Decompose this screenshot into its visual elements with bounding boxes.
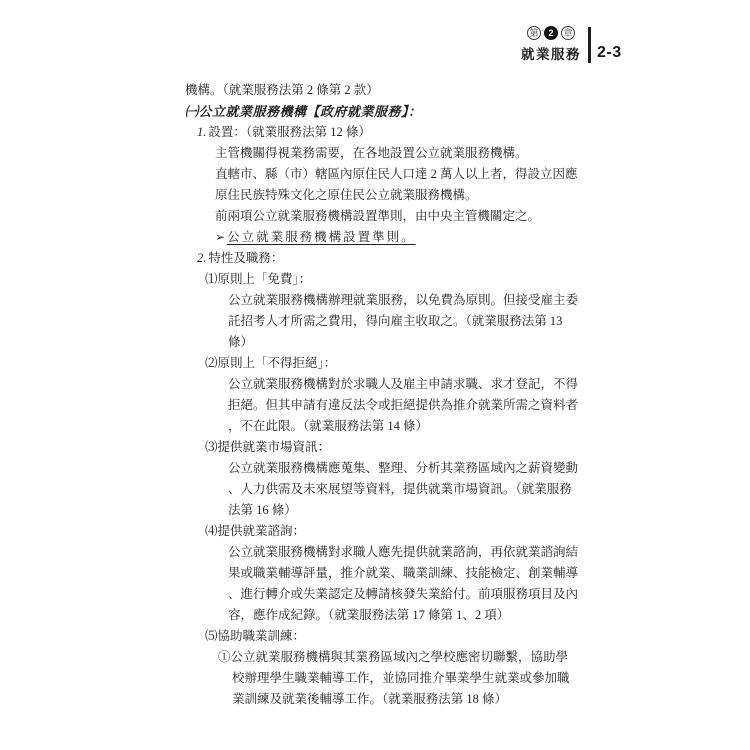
line-text: 原則上「免費」： (218, 272, 312, 286)
line-text: 公立就業服務機構【政府就業服務】： (199, 104, 422, 119)
chapter-suffix-circle: 章 (561, 26, 575, 40)
line-marker: ⑸ (205, 629, 218, 643)
text-line: ➢公立就業服務機構設置準則。 (215, 227, 595, 248)
line-text: 提供就業市場資訊： (218, 440, 331, 454)
line-text: 公立就業服務機構對求職人應先提供就業諮詢，再依就業諮詢結 (228, 545, 578, 559)
line-text: 前兩項公立就業服務機構設置準則，由中央主管機關定之。 (215, 209, 540, 223)
chapter-title: 就業服務 (521, 43, 581, 63)
line-marker: ① (218, 650, 231, 664)
line-text: 公立就業服務機構與其業務區域內之學校應密切聯繫，協助學 (231, 650, 569, 664)
line-text: 特性及職務： (208, 251, 283, 265)
line-text: 果或職業輔導評量，推介就業、職業訓練、技能檢定、創業輔導 (228, 566, 578, 580)
text-line: 公立就業服務機構對求職人應先提供就業諮詢，再依就業諮詢結 (228, 542, 595, 563)
text-line: 前兩項公立就業服務機構設置準則，由中央主管機關定之。 (215, 206, 595, 227)
text-line: ⑵原則上「不得拒絕」： (205, 353, 595, 374)
line-text: 託招考人才所需之費用，得向雇主收取之。（就業服務法第 13 (228, 314, 562, 328)
line-text: 主管機關得視業務需要，在各地設置公立就業服務機構。 (215, 146, 528, 160)
text-line: ⑶提供就業市場資訊： (205, 437, 595, 458)
text-line: 主管機關得視業務需要，在各地設置公立就業服務機構。 (215, 143, 595, 164)
line-text: 公立就業服務機構應蒐集、整理、分析其業務區域內之薪資變動 (228, 461, 578, 475)
line-marker: ⑶ (205, 440, 218, 454)
line-text: ，不在此限。（就業服務法第 14 條） (228, 419, 428, 433)
line-marker: 1. (197, 125, 206, 139)
line-text: 、進行轉介或失業認定及轉請核發失業給付。前項服務項目及內 (228, 587, 578, 601)
chapter-badge: 第 2 章 (527, 26, 575, 40)
text-line: 1.設置：（就業服務法第 12 條） (197, 122, 595, 143)
line-marker: 2. (197, 251, 206, 265)
text-line: ㈠公立就業服務機構【政府就業服務】： (185, 101, 595, 122)
text-line: 公立就業服務機構辦理就業服務，以免費為原則。但接受雇主委 (228, 290, 595, 311)
text-line: 、進行轉介或失業認定及轉請核發失業給付。前項服務項目及內 (228, 584, 595, 605)
text-line: ，不在此限。（就業服務法第 14 條） (228, 416, 595, 437)
chapter-block: 第 2 章 就業服務 (521, 26, 581, 63)
line-text: 直轄市、縣（市）轄區內原住民人口達 2 萬人以上者，得設立因應 (215, 167, 578, 181)
text-line: 、人力供需及未來展望等資料，提供就業市場資訊。（就業服務 (228, 479, 595, 500)
text-line: ⑷提供就業諮詢： (205, 521, 595, 542)
chapter-prefix-circle: 第 (527, 26, 541, 40)
line-marker: ⑵ (205, 356, 218, 370)
text-line: 直轄市、縣（市）轄區內原住民人口達 2 萬人以上者，得設立因應 (215, 164, 595, 185)
line-marker: ㈠ (185, 104, 199, 119)
text-line: 機構。（就業服務法第 2 條第 2 款） (185, 80, 595, 101)
text-line: 容，應作成紀錄。（就業服務法第 17 條第 1、2 項） (228, 605, 595, 626)
line-text: 機構。（就業服務法第 2 條第 2 款） (185, 83, 379, 97)
arrow-bullet-icon: ➢ (215, 230, 225, 244)
line-text: 校辦理學生職業輔導工作，並協同推介畢業學生就業或參加職 (232, 671, 570, 685)
text-line: 法第 16 條） (228, 500, 595, 521)
text-line: 公立就業服務機構應蒐集、整理、分析其業務區域內之薪資變動 (228, 458, 595, 479)
line-text: 公立就業服務機構設置準則。 (227, 230, 416, 244)
line-marker: ⑷ (205, 524, 218, 538)
line-text: 協助職業訓練： (218, 629, 306, 643)
chapter-number-circle: 2 (544, 26, 558, 40)
document-body: 機構。（就業服務法第 2 條第 2 款）㈠公立就業服務機構【政府就業服務】：1.… (185, 80, 595, 710)
text-line: 果或職業輔導評量，推介就業、職業訓練、技能檢定、創業輔導 (228, 563, 595, 584)
line-text: 原則上「不得拒絕」： (218, 356, 337, 370)
line-text: 拒絕。但其申請有違反法令或拒絕提供為推介就業所需之資料者 (228, 398, 578, 412)
line-marker: ⑴ (205, 272, 218, 286)
line-text: 提供就業諮詢： (218, 524, 306, 538)
line-text: 公立就業服務機構辦理就業服務，以免費為原則。但接受雇主委 (228, 293, 578, 307)
document-page: 第 2 章 就業服務 2-3 機構。（就業服務法第 2 條第 2 款）㈠公立就業… (0, 0, 750, 750)
line-text: 容，應作成紀錄。（就業服務法第 17 條第 1、2 項） (228, 608, 509, 622)
text-line: 公立就業服務機構對於求職人及雇主申請求職、求才登記，不得 (228, 374, 595, 395)
line-text: 、人力供需及未來展望等資料，提供就業市場資訊。（就業服務 (228, 482, 572, 496)
line-text: 原住民族特殊文化之原住民公立就業服務機構。 (215, 188, 478, 202)
page-header: 第 2 章 就業服務 2-3 (521, 26, 622, 63)
text-line: ⑸協助職業訓練： (205, 626, 595, 647)
text-line: ①公立就業服務機構與其業務區域內之學校應密切聯繫，協助學 (218, 647, 595, 668)
text-line: ⑴原則上「免費」： (205, 269, 595, 290)
line-text: 條） (228, 335, 253, 349)
text-line: 拒絕。但其申請有違反法令或拒絕提供為推介就業所需之資料者 (228, 395, 595, 416)
line-text: 業訓練及就業後輔導工作。（就業服務法第 18 條） (232, 692, 507, 706)
text-line: 業訓練及就業後輔導工作。（就業服務法第 18 條） (232, 689, 595, 710)
page-number: 2-3 (597, 44, 622, 63)
line-text: 公立就業服務機構對於求職人及雇主申請求職、求才登記，不得 (228, 377, 578, 391)
text-line: 校辦理學生職業輔導工作，並協同推介畢業學生就業或參加職 (232, 668, 595, 689)
text-line: 託招考人才所需之費用，得向雇主收取之。（就業服務法第 13 (228, 311, 595, 332)
text-line: 原住民族特殊文化之原住民公立就業服務機構。 (215, 185, 595, 206)
text-line: 條） (228, 332, 595, 353)
header-divider (588, 27, 591, 63)
line-text: 法第 16 條） (228, 503, 297, 517)
text-line: 2.特性及職務： (197, 248, 595, 269)
line-text: 設置：（就業服務法第 12 條） (208, 125, 371, 139)
